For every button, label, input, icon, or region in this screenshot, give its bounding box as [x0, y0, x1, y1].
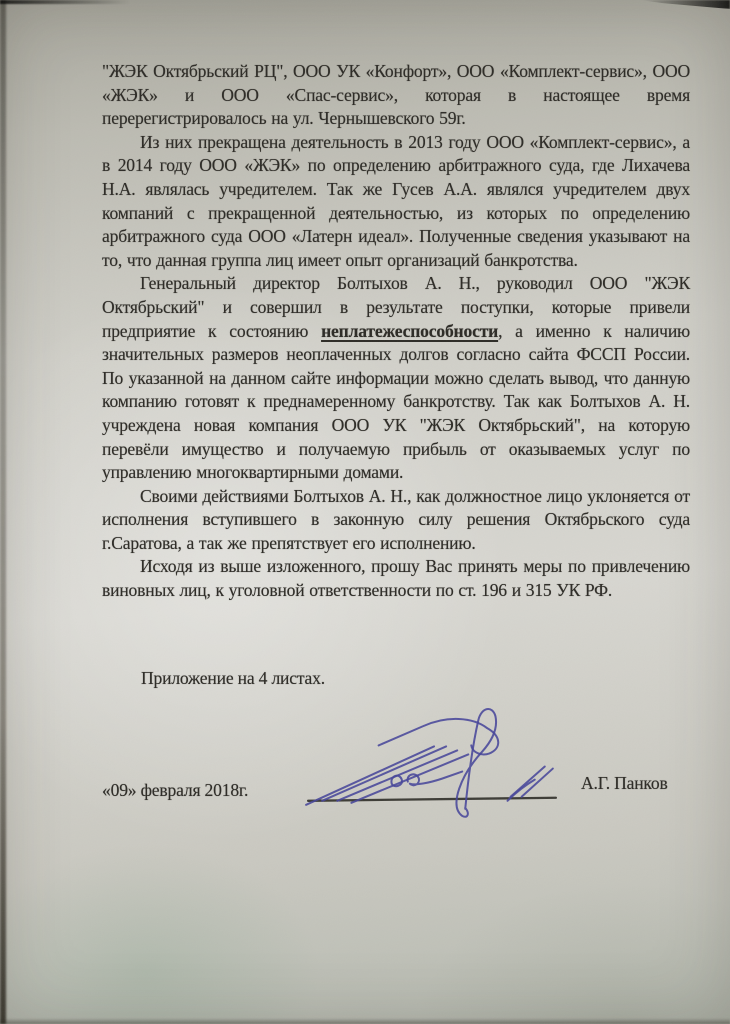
signature — [292, 702, 574, 818]
date-text: «09» февраля 2018г. — [102, 780, 248, 801]
photo-edge-bottom — [0, 1018, 730, 1024]
signer-name: А.Г. Панков — [581, 773, 668, 794]
document-photo: "ЖЭК Октябрьский РЦ", ООО УК «Конфорт», … — [0, 0, 730, 1024]
photo-edge-top-left — [0, 0, 130, 4]
paragraph-text: Исходя из выше изложенного, прошу Вас пр… — [102, 556, 690, 600]
paragraph: Генеральный директор Болтыхов А. Н., рук… — [102, 272, 690, 484]
paragraph: Своими действиями Болтыхов А. Н., как до… — [102, 485, 690, 556]
paragraph: "ЖЭК Октябрьский РЦ", ООО УК «Конфорт», … — [102, 60, 690, 131]
photo-edge-left — [0, 0, 6, 1024]
paragraph-text: "ЖЭК Октябрьский РЦ", ООО УК «Конфорт», … — [102, 61, 690, 128]
paragraph: Исходя из выше изложенного, прошу Вас пр… — [102, 555, 690, 602]
attachment-note: Приложение на 4 листах. — [141, 668, 325, 689]
paragraph-text: Из них прекращена деятельность в 2013 го… — [102, 132, 690, 270]
paragraph: Из них прекращена деятельность в 2013 го… — [102, 131, 690, 273]
signature-block: «09» февраля 2018г. А.Г. Панков — [0, 700, 730, 830]
document-body: "ЖЭК Октябрьский РЦ", ООО УК «Конфорт», … — [102, 60, 690, 603]
photo-edge-top-right — [640, 0, 730, 9]
paragraph-text: , а именно к наличию значительных размер… — [102, 321, 690, 483]
paragraph-text: Своими действиями Болтыхов А. Н., как до… — [102, 486, 690, 553]
underlined-term: неплатежеспособности — [321, 321, 498, 341]
